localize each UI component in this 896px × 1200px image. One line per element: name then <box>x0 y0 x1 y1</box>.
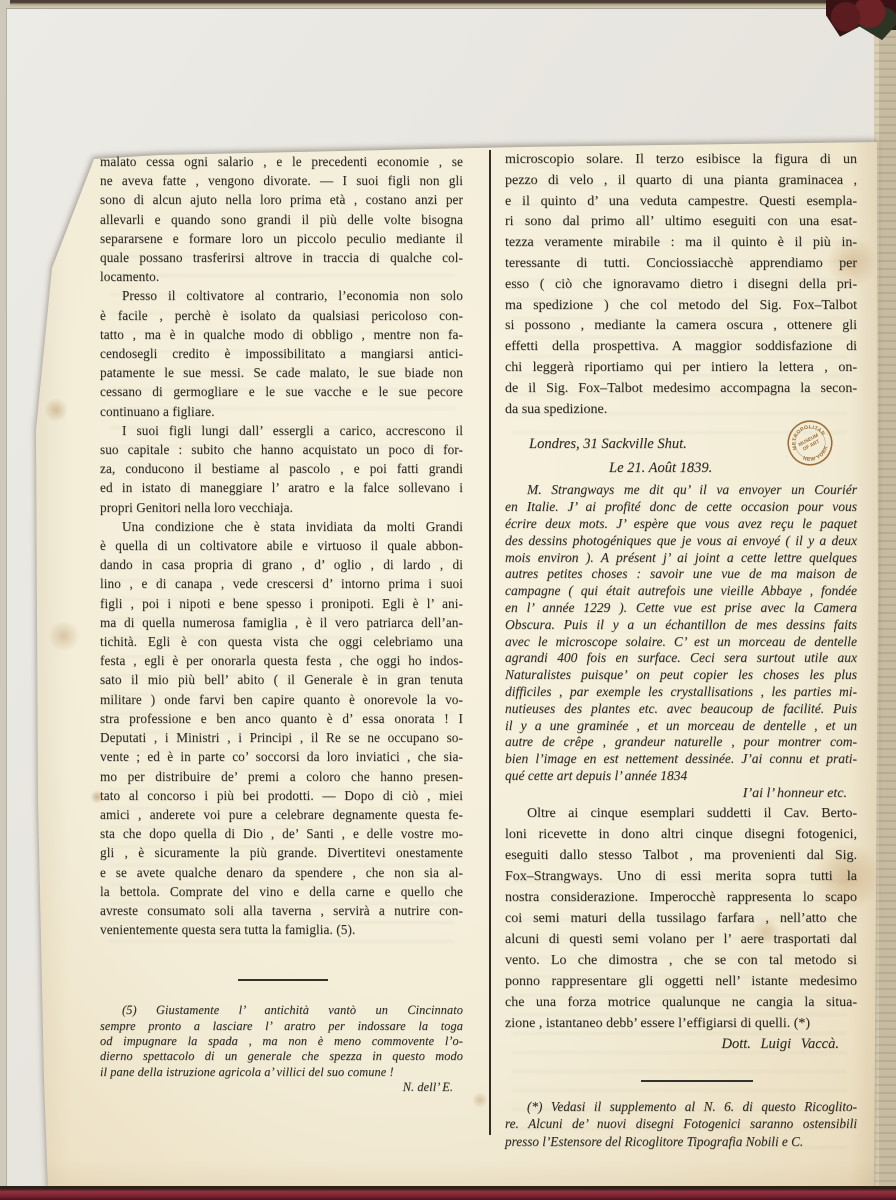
text-line: effetti della prospettiva. A maggior sod… <box>505 337 857 358</box>
book-page-scan: malato cessa ogni salario , e le precede… <box>0 0 896 1200</box>
text-line: agrandi 400 fois en surface. Ceci sera s… <box>505 650 857 667</box>
text-line: bien l’image en est nettement dessinée. … <box>505 751 857 768</box>
text-line: I suoi figli lungi dall’ essergli a cari… <box>100 421 463 440</box>
footnote-rule <box>238 979 328 981</box>
text-line: avec le microscope solaire. C’ est un mo… <box>505 634 857 651</box>
text-line: de il Sig. Fox–Talbot medesimo accompagn… <box>505 379 857 400</box>
text-line: des dessins photogéniques que je vous ai… <box>505 533 857 550</box>
text-line: (5) Giustamente l’ antichità vantò un Ci… <box>100 1003 463 1018</box>
text-line: propri Genitori nella loro vecchiaja. <box>100 498 463 517</box>
text-line: mo per distribuire de’ premi a coloro ch… <box>100 767 463 786</box>
paragraph: I suoi figli lungi dall’ essergli a cari… <box>100 421 463 517</box>
text-line: presso l’Estensore del Ricoglitore Tipog… <box>505 1133 857 1150</box>
paragraph: malato cessa ogni salario , e le precede… <box>100 152 463 286</box>
text-line: tatto , ma è in qualche modo di obbligo … <box>100 325 463 344</box>
column-divider-rule <box>489 150 491 1135</box>
text-line: vento. Lo che dimostra , che se con tal … <box>505 950 857 971</box>
right-column: microscopio solare. Il terzo esibisce la… <box>505 150 857 1150</box>
text-line: en l’ année 1229 ). Cette vue est prise … <box>505 600 857 617</box>
text-line: écrire deux mots. J’ espère que vous ave… <box>505 516 857 533</box>
text-line: Deputati , i Ministri , i Principi , il … <box>100 728 463 747</box>
text-line: tichità. Egli è con questa vista che ogg… <box>100 632 463 651</box>
paragraph: Una condizione che è stata invidiata da … <box>100 517 463 939</box>
text-line: cendosegli credito è impossibilitato a m… <box>100 344 463 363</box>
text-line: mois environ ). A présent j’ ai joint a … <box>505 550 857 567</box>
footnote-signature: N. dell’ E. <box>100 1080 463 1095</box>
article-signature: Dott. Luigi Vaccà. <box>505 1036 857 1052</box>
text-line: ma di quella numerosa famiglia , è il ve… <box>100 613 463 632</box>
text-line: il y a une graminée , et un morceau de d… <box>505 718 857 735</box>
text-line: che una forza motrice qualunque ne cangi… <box>505 992 857 1013</box>
text-line: sato il mio più bell’ abito ( il General… <box>100 670 463 689</box>
text-line: Obscura. Puis il y a un échantillon de m… <box>505 617 857 634</box>
text-line: Fox–Strangways. Uno di essi merita sopra… <box>505 866 857 887</box>
text-line: la bettola. Comprate del vino e della ca… <box>100 882 463 901</box>
text-line: M. Strangways me dit qu’ il va envoyer u… <box>505 482 857 499</box>
text-line: è quella di un coltivatore abile e virtu… <box>100 536 463 555</box>
text-line: gli , è sicuramente la più grande. Diver… <box>100 843 463 862</box>
text-line: tezza veramente mirabile : ma il quinto … <box>505 233 857 254</box>
paragraph: Oltre ai cinque esemplari suddetti il Ca… <box>505 803 857 1034</box>
text-line: pezzo di velo , il quarto di una pianta … <box>505 171 857 192</box>
letter-signoff: I’ai l’ honneur etc. <box>505 785 857 803</box>
text-line: e il quinto d’ una veduta campestre. Que… <box>505 192 857 213</box>
text-line: ed in istato di maneggiare l’ aratro e l… <box>100 478 463 497</box>
text-line: ri sono dal primo all’ ultimo eseguiti c… <box>505 212 857 233</box>
text-line: autres petites choses : savoir une vue d… <box>505 566 857 583</box>
text-line: militare ) onde farvi ben capire quanto … <box>100 690 463 709</box>
text-line: od impugnare la spada , ma non è meno co… <box>100 1034 463 1049</box>
text-line: amici , anderete voi pure a celebrare de… <box>100 805 463 824</box>
text-line: vente ; ed è in parte co’ soccorsi da lo… <box>100 747 463 766</box>
text-line: e se avete qualche denaro da spendere , … <box>100 863 463 882</box>
text-line: teressante di tutti. Conciossiacchè appr… <box>505 254 857 275</box>
text-line: allevarli e quando sono grandi il più de… <box>100 210 463 229</box>
text-line: quale possano trasferirsi altrove in tra… <box>100 248 463 267</box>
footnote-rule <box>641 1080 753 1082</box>
text-line: zione , istantaneo debb’ essere l’effigi… <box>505 1013 857 1034</box>
text-line: Oltre ai cinque esemplari suddetti il Ca… <box>505 803 857 824</box>
text-line: tato al concorso i più bei prodotti. — D… <box>100 786 463 805</box>
text-line: continuano a figliare. <box>100 402 463 421</box>
text-line: coi semi maturi della tussilago farfara … <box>505 908 857 929</box>
text-line: Naturalistes puisque’ on peut copier les… <box>505 667 857 684</box>
text-line: difficiles , par exemple les crystallisa… <box>505 684 857 701</box>
text-line: alcuni di questi semi volano per l’ aere… <box>505 929 857 950</box>
text-line: locamento. <box>100 267 463 286</box>
text-line: qué cette art depuis l’ année 1834 <box>505 768 857 785</box>
text-line: stra professione e ben anco quanto è d’ … <box>100 709 463 728</box>
text-line: avreste consumato soli alla taverna , se… <box>100 901 463 920</box>
text-line: za, conducono il bestiame al pascolo , e… <box>100 459 463 478</box>
text-line: separarsene e formare loro un piccolo pe… <box>100 229 463 248</box>
text-line: loni ricevette in dono altri cinque dise… <box>505 824 857 845</box>
text-line: cessano di germogliare e le sue vacche e… <box>100 382 463 401</box>
text-line: (*) Vedasi il supplemento al N. 6. di qu… <box>505 1098 857 1115</box>
text-layer: malato cessa ogni salario , e le precede… <box>0 0 896 1200</box>
text-line: re. Alcuni de’ nuovi disegni Fotogenici … <box>505 1115 857 1132</box>
letter-body: M. Strangways me dit qu’ il va envoyer u… <box>505 482 857 784</box>
text-line: è facile , perchè è isolato da qualsiasi… <box>100 306 463 325</box>
book-cover-bottom <box>0 1186 896 1200</box>
text-line: eseguiti dallo stesso Talbot , ma proven… <box>505 845 857 866</box>
paragraph: microscopio solare. Il terzo esibisce la… <box>505 150 857 420</box>
text-line: sta che dopo quella di Dio , de’ Santi ,… <box>100 824 463 843</box>
text-line: sempre pronto a lasciare l’ aratro per i… <box>100 1019 463 1034</box>
text-line: ne aveva fatte , vengono divorate. — I s… <box>100 171 463 190</box>
text-line: sono di alcun ajuto nella loro prima età… <box>100 190 463 209</box>
paragraph: Presso il coltivatore al contrario, l’ec… <box>100 286 463 420</box>
text-line: Una condizione che è stata invidiata da … <box>100 517 463 536</box>
text-line: nutieuses des plantes etc. avec beaucoup… <box>505 701 857 718</box>
text-line: esso ( ciò che ignoravamo dietro i diseg… <box>505 275 857 296</box>
text-line: si possono , mediante la camera oscura ,… <box>505 316 857 337</box>
text-line: malato cessa ogni salario , e le precede… <box>100 152 463 171</box>
text-line: suo capitale : subito che hanno acquista… <box>100 440 463 459</box>
text-line: dando in casa propria di grano , d’ ogli… <box>100 555 463 574</box>
left-column: malato cessa ogni salario , e le precede… <box>100 152 463 1095</box>
text-line: lino , e di canapa , vede crescersi d’ i… <box>100 574 463 593</box>
text-line: ponno rappresentare gli oggetti nell’ is… <box>505 971 857 992</box>
text-line: campagne ( qui était autrefois une vieil… <box>505 583 857 600</box>
text-line: microscopio solare. Il terzo esibisce la… <box>505 150 857 171</box>
text-line: dierno spettacolo di un generale che spe… <box>100 1049 463 1064</box>
text-line: chi leggerà riportiamo qui per intiero l… <box>505 358 857 379</box>
text-line: il pane della istruzione agricola a’ vil… <box>100 1065 463 1080</box>
text-line: festa , egli è per onorarla questa festa… <box>100 651 463 670</box>
text-line: en Italie. J’ ai profité donc de cette o… <box>505 499 857 516</box>
text-line: Presso il coltivatore al contrario, l’ec… <box>100 286 463 305</box>
text-line: autre de crêpe , grandeur naturelle , po… <box>505 734 857 751</box>
footnote: (*) Vedasi il supplemento al N. 6. di qu… <box>505 1098 857 1150</box>
text-line: ma spedizione ) che col metodo del Sig. … <box>505 296 857 317</box>
text-line: figli , poi i nipoti e bene spesso i pro… <box>100 594 463 613</box>
text-line: venientemente questa sera tutta la famig… <box>100 920 463 939</box>
text-line: patamente le sue messi. Se cade malato, … <box>100 363 463 382</box>
text-line: nostra considerazione. Imperocchè rappre… <box>505 887 857 908</box>
footnote: (5) Giustamente l’ antichità vantò un Ci… <box>100 1003 463 1079</box>
